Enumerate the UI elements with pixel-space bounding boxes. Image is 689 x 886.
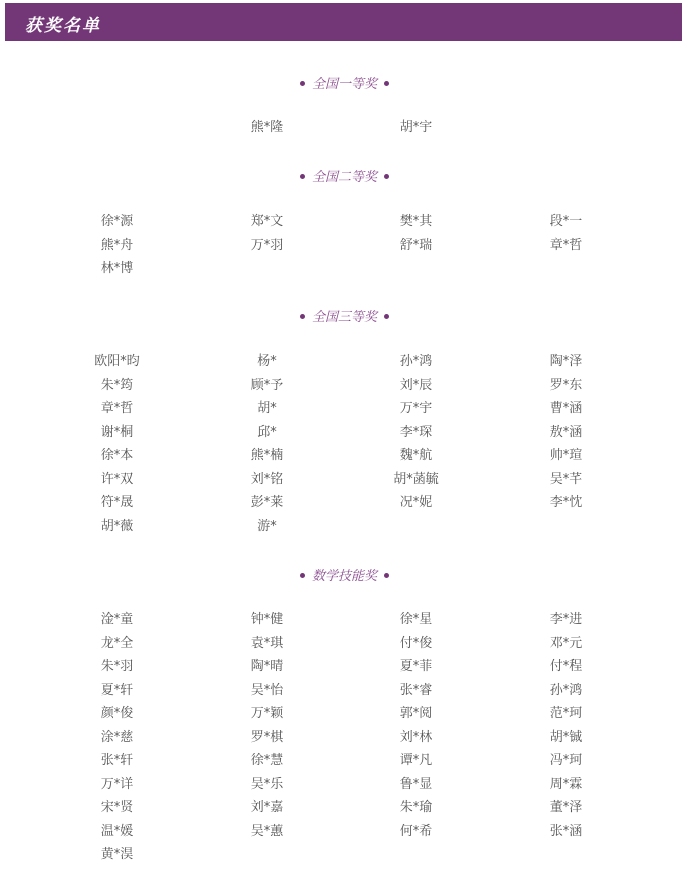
winner-name: 欧阳*昀: [67, 354, 167, 370]
winner-name: 熊*舟: [67, 238, 167, 254]
winner-name: 孙*鸿: [516, 683, 616, 699]
winner-name: 李*琛: [366, 425, 466, 441]
winner-name: 李*进: [516, 612, 616, 628]
section-title: 全国一等奖: [0, 73, 689, 92]
winner-name: 郭*阅: [366, 706, 466, 722]
winner-name: 万*宇: [366, 401, 466, 417]
winner-name: 何*希: [366, 824, 466, 840]
section-title-label: 全国一等奖: [312, 77, 377, 92]
winner-name: 刘*辰: [366, 378, 466, 394]
winner-name: 游*: [217, 519, 317, 535]
winner-name: 万*羽: [217, 238, 317, 254]
winner-name: 朱*瑜: [366, 800, 466, 816]
winner-name: 黄*淏: [67, 847, 167, 863]
winner-name: 魏*航: [366, 448, 466, 464]
winner-name: 龙*全: [67, 636, 167, 652]
winner-name: 颜*俊: [67, 706, 167, 722]
winner-name: 范*珂: [516, 706, 616, 722]
winner-name: 朱*筠: [67, 378, 167, 394]
winner-name: 付*程: [516, 659, 616, 675]
winner-name: 谭*凡: [366, 753, 466, 769]
winner-name: 郑*文: [217, 214, 317, 230]
section-title-label: 数学技能奖: [312, 569, 377, 584]
winner-name: 宋*贤: [67, 800, 167, 816]
winner-name: 万*颖: [217, 706, 317, 722]
winner-name: 涂*慈: [67, 730, 167, 746]
winner-name: 彭*莱: [217, 495, 317, 511]
winner-name: 董*泽: [516, 800, 616, 816]
winner-name: 段*一: [516, 214, 616, 230]
winner-name: 胡*铖: [516, 730, 616, 746]
section-title-label: 全国三等奖: [312, 310, 377, 325]
page-title: 获奖名单: [25, 11, 101, 36]
winner-name: 刘*嘉: [217, 800, 317, 816]
winner-name: 罗*棋: [217, 730, 317, 746]
winner-name: 吴*蕙: [217, 824, 317, 840]
winner-name: 夏*轩: [67, 683, 167, 699]
winner-name: 夏*菲: [366, 659, 466, 675]
winner-name: 付*俊: [366, 636, 466, 652]
winner-name: 陶*晴: [217, 659, 317, 675]
winner-name: 谢*桐: [67, 425, 167, 441]
winner-name: 胡*宇: [366, 120, 466, 136]
winner-name: 钟*健: [217, 612, 317, 628]
bullet-dot-icon: [300, 573, 305, 578]
winner-name: 吴*怡: [217, 683, 317, 699]
bullet-dot-icon: [384, 81, 389, 86]
winner-name: 樊*其: [366, 214, 466, 230]
section-title: 全国二等奖: [0, 166, 689, 185]
winner-name: 熊*隆: [217, 120, 317, 136]
winner-name: 顾*予: [217, 378, 317, 394]
winner-name: 鲁*显: [366, 777, 466, 793]
section-title-label: 全国二等奖: [312, 170, 377, 185]
bullet-dot-icon: [384, 314, 389, 319]
winner-name: 徐*慧: [217, 753, 317, 769]
winner-name: 胡*: [217, 401, 317, 417]
winner-name: 章*哲: [516, 238, 616, 254]
winner-name: 杨*: [217, 354, 317, 370]
winner-name: 孙*鸿: [366, 354, 466, 370]
winner-name: 章*哲: [67, 401, 167, 417]
section-title: 全国三等奖: [0, 306, 689, 325]
winner-name: 熊*楠: [217, 448, 317, 464]
winner-name: 张*睿: [366, 683, 466, 699]
winner-name: 万*详: [67, 777, 167, 793]
winner-name: 朱*羽: [67, 659, 167, 675]
winner-name: 罗*东: [516, 378, 616, 394]
winner-name: 林*博: [67, 261, 167, 277]
winner-name: 李*忱: [516, 495, 616, 511]
winner-name: 舒*瑞: [366, 238, 466, 254]
winner-name: 胡*菡毓: [366, 472, 466, 488]
winner-name: 袁*琪: [217, 636, 317, 652]
winner-name: 周*霖: [516, 777, 616, 793]
section-title: 数学技能奖: [0, 565, 689, 584]
bullet-dot-icon: [300, 314, 305, 319]
winner-name: 刘*铭: [217, 472, 317, 488]
bullet-dot-icon: [300, 174, 305, 179]
bullet-dot-icon: [384, 573, 389, 578]
winner-name: 刘*林: [366, 730, 466, 746]
winner-name: 徐*源: [67, 214, 167, 230]
bullet-dot-icon: [384, 174, 389, 179]
winner-name: 张*涵: [516, 824, 616, 840]
winner-name: 敖*涵: [516, 425, 616, 441]
bullet-dot-icon: [300, 81, 305, 86]
winner-name: 许*双: [67, 472, 167, 488]
winner-name: 胡*薇: [67, 519, 167, 535]
winner-name: 符*晟: [67, 495, 167, 511]
winner-name: 邓*元: [516, 636, 616, 652]
winner-name: 邱*: [217, 425, 317, 441]
winner-name: 吴*乐: [217, 777, 317, 793]
page-header: 获奖名单: [5, 3, 682, 41]
winner-name: 张*轩: [67, 753, 167, 769]
winner-name: 吴*芊: [516, 472, 616, 488]
winner-name: 徐*星: [366, 612, 466, 628]
winner-name: 曹*涵: [516, 401, 616, 417]
winner-name: 淦*童: [67, 612, 167, 628]
winner-name: 徐*本: [67, 448, 167, 464]
winner-name: 温*媛: [67, 824, 167, 840]
winner-name: 冯*珂: [516, 753, 616, 769]
winner-name: 帅*瑄: [516, 448, 616, 464]
winner-name: 况*妮: [366, 495, 466, 511]
winner-name: 陶*泽: [516, 354, 616, 370]
